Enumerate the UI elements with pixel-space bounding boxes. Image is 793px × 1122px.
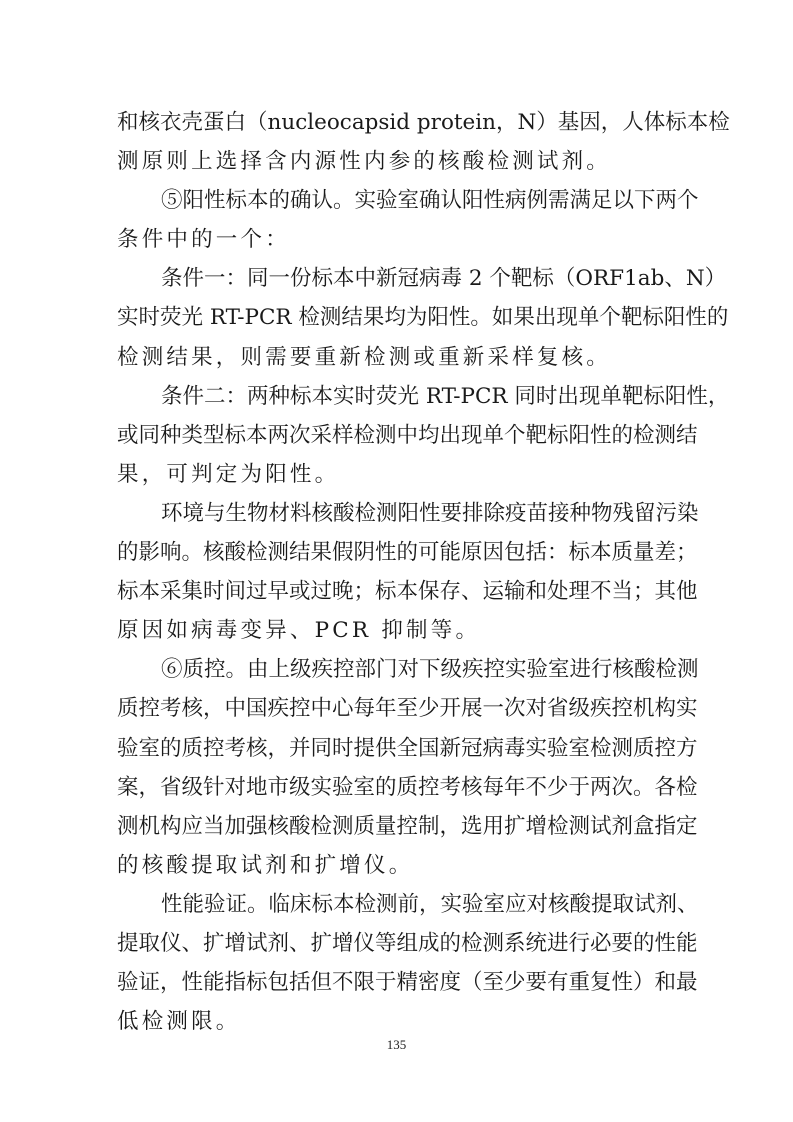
text-line: 案，省级针对地市级实验室的质控考核每年不少于两次。各检 bbox=[117, 768, 683, 807]
page-number: 135 bbox=[0, 1037, 793, 1053]
text-line: 验室的质控考核，并同时提供全国新冠病毒实验室检测质控方 bbox=[117, 729, 683, 768]
text-line: 低检测限。 bbox=[117, 1002, 683, 1041]
text-line: 检测结果，则需要重新检测或重新采样复核。 bbox=[117, 338, 683, 377]
text-line: 条件二：两种标本实时荧光 RT-PCR 同时出现单靶标阳性， bbox=[117, 377, 683, 416]
text-line: 测机构应当加强核酸检测质量控制，选用扩增检测试剂盒指定 bbox=[117, 807, 683, 846]
paragraph-gene-targets-continued: 和核衣壳蛋白（nucleocapsid protein，N）基因，人体标本检 测… bbox=[117, 103, 683, 181]
text-line: 或同种类型标本两次采样检测中均出现单个靶标阳性的检测结 bbox=[117, 416, 683, 455]
paragraph-quality-control: ⑥质控。由上级疾控部门对下级疾控实验室进行核酸检测 质控考核，中国疾控中心每年至… bbox=[117, 650, 683, 885]
paragraph-positive-confirmation: ⑤阳性标本的确认。实验室确认阳性病例需满足以下两个 条件中的一个： bbox=[117, 181, 683, 259]
text-line: 测原则上选择含内源性内参的核酸检测试剂。 bbox=[117, 142, 683, 181]
document-page: 和核衣壳蛋白（nucleocapsid protein，N）基因，人体标本检 测… bbox=[0, 0, 793, 1122]
text-line: 环境与生物材料核酸检测阳性要排除疫苗接种物残留污染 bbox=[117, 494, 683, 533]
text-line: 的影响。核酸检测结果假阴性的可能原因包括：标本质量差； bbox=[117, 533, 683, 572]
paragraph-condition-two: 条件二：两种标本实时荧光 RT-PCR 同时出现单靶标阳性， 或同种类型标本两次… bbox=[117, 377, 683, 494]
text-line: 原因如病毒变异、PCR 抑制等。 bbox=[117, 611, 683, 650]
text-line: 条件中的一个： bbox=[117, 220, 683, 259]
paragraph-performance-verification: 性能验证。临床标本检测前，实验室应对核酸提取试剂、 提取仪、扩增试剂、扩增仪等组… bbox=[117, 885, 683, 1041]
body-text: 和核衣壳蛋白（nucleocapsid protein，N）基因，人体标本检 测… bbox=[117, 103, 683, 1041]
text-line: 实时荧光 RT-PCR 检测结果均为阳性。如果出现单个靶标阳性的 bbox=[117, 298, 683, 337]
text-line: 提取仪、扩增试剂、扩增仪等组成的检测系统进行必要的性能 bbox=[117, 924, 683, 963]
paragraph-condition-one: 条件一：同一份标本中新冠病毒 2 个靶标（ORF1ab、N） 实时荧光 RT-P… bbox=[117, 259, 683, 376]
text-line: 性能验证。临床标本检测前，实验室应对核酸提取试剂、 bbox=[117, 885, 683, 924]
paragraph-environment-false-negative: 环境与生物材料核酸检测阳性要排除疫苗接种物残留污染 的影响。核酸检测结果假阴性的… bbox=[117, 494, 683, 650]
text-line: 和核衣壳蛋白（nucleocapsid protein，N）基因，人体标本检 bbox=[117, 103, 683, 142]
text-line: 验证，性能指标包括但不限于精密度（至少要有重复性）和最 bbox=[117, 963, 683, 1002]
text-line: 果，可判定为阳性。 bbox=[117, 455, 683, 494]
text-line: 标本采集时间过早或过晚；标本保存、运输和处理不当；其他 bbox=[117, 572, 683, 611]
text-line: 条件一：同一份标本中新冠病毒 2 个靶标（ORF1ab、N） bbox=[117, 259, 683, 298]
text-line: ⑤阳性标本的确认。实验室确认阳性病例需满足以下两个 bbox=[117, 181, 683, 220]
text-line: ⑥质控。由上级疾控部门对下级疾控实验室进行核酸检测 bbox=[117, 650, 683, 689]
text-line: 的核酸提取试剂和扩增仪。 bbox=[117, 846, 683, 885]
text-line: 质控考核，中国疾控中心每年至少开展一次对省级疾控机构实 bbox=[117, 689, 683, 728]
